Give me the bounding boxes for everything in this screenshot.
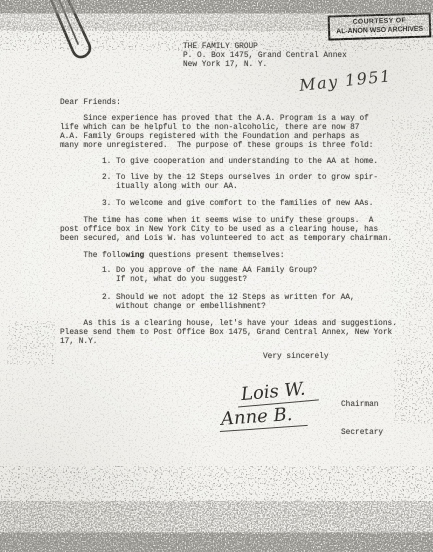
scanned-letter-page: COURTESY OF AL-ANON WSO ARCHIVES THE FAM… bbox=[0, 0, 433, 552]
secretary-title-text: Secretary bbox=[341, 429, 383, 437]
archive-stamp: COURTESY OF AL-ANON WSO ARCHIVES bbox=[328, 12, 432, 40]
signature-secretary: Anne B. bbox=[218, 403, 307, 432]
paragraph-2-line: The time has come when it seems wise to … bbox=[60, 217, 392, 226]
paperclip-icon bbox=[0, 0, 140, 90]
letterhead-address1: P. O. Box 1475, Grand Central Annex bbox=[183, 52, 347, 61]
chairman-title-text: Chairman bbox=[341, 401, 378, 409]
purpose-item-1: 1. To give cooperation and understanding… bbox=[102, 158, 378, 167]
purpose-item-2-line: itually along with our AA. bbox=[102, 183, 378, 192]
paragraph-2-line: post office box in New York City to be u… bbox=[60, 226, 392, 235]
stamp-line-2: AL-ANON WSO ARCHIVES bbox=[331, 24, 428, 36]
salutation-text: Dear Friends: bbox=[60, 99, 121, 108]
closing-text: Very sincerely bbox=[263, 353, 329, 362]
following-questions-intro: The following questions present themselv… bbox=[60, 252, 285, 261]
signature-chairman: Lois W. bbox=[236, 378, 318, 408]
letterhead-org: THE FAMILY GROUP bbox=[183, 43, 347, 52]
paragraph-2-line: been secured, and Lois W. has volunteere… bbox=[60, 235, 392, 244]
following-pre: The follo bbox=[60, 252, 126, 260]
question-1-line: 1. Do you approve of the name AA Family … bbox=[102, 267, 317, 276]
closing: Very sincerely bbox=[263, 353, 329, 362]
purpose-item-1-text: 1. To give cooperation and understanding… bbox=[102, 158, 378, 167]
handwritten-date: May 1951 bbox=[298, 66, 392, 95]
signature-title-chairman: Chairman bbox=[341, 393, 378, 411]
following-post: questions present themselves: bbox=[144, 252, 284, 260]
question-2-line: 2. Should we not adopt the 12 Steps as w… bbox=[102, 294, 355, 303]
paragraph-1-line: life which can be helpful to the non-alc… bbox=[60, 124, 374, 133]
question-1-line: If not, what do you suggest? bbox=[102, 276, 317, 285]
question-2: 2. Should we not adopt the 12 Steps as w… bbox=[102, 294, 355, 312]
paragraph-3: As this is a clearing house, let's have … bbox=[60, 320, 397, 347]
salutation: Dear Friends: bbox=[60, 99, 121, 108]
paragraph-1: Since experience has proved that the A.A… bbox=[60, 115, 374, 151]
following-bold: wing bbox=[126, 252, 145, 260]
paragraph-2: The time has come when it seems wise to … bbox=[60, 217, 392, 244]
purpose-item-3-text: 3. To welcome and give comfort to the fa… bbox=[102, 200, 373, 209]
letterhead-address2: New York 17, N. Y. bbox=[183, 61, 347, 70]
signature-title-secretary: Secretary bbox=[341, 421, 383, 439]
paragraph-1-line: many more unregistered. The purpose of t… bbox=[60, 142, 374, 151]
letterhead: THE FAMILY GROUP P. O. Box 1475, Grand C… bbox=[183, 43, 347, 70]
purpose-item-3: 3. To welcome and give comfort to the fa… bbox=[102, 200, 373, 209]
paragraph-3-line: Please send them to Post Office Box 1475… bbox=[60, 329, 397, 338]
paragraph-1-line: Since experience has proved that the A.A… bbox=[60, 115, 374, 124]
paragraph-1-line: A.A. Family Groups registered with the F… bbox=[60, 133, 374, 142]
question-2-line: without change or embellishment? bbox=[102, 303, 355, 312]
paragraph-3-line: As this is a clearing house, let's have … bbox=[60, 320, 397, 329]
purpose-item-2-line: 2. To live by the 12 Steps ourselves in … bbox=[102, 174, 378, 183]
purpose-item-2: 2. To live by the 12 Steps ourselves in … bbox=[102, 174, 378, 192]
paragraph-3-line: 17, N.Y. bbox=[60, 338, 397, 347]
question-1: 1. Do you approve of the name AA Family … bbox=[102, 267, 317, 285]
